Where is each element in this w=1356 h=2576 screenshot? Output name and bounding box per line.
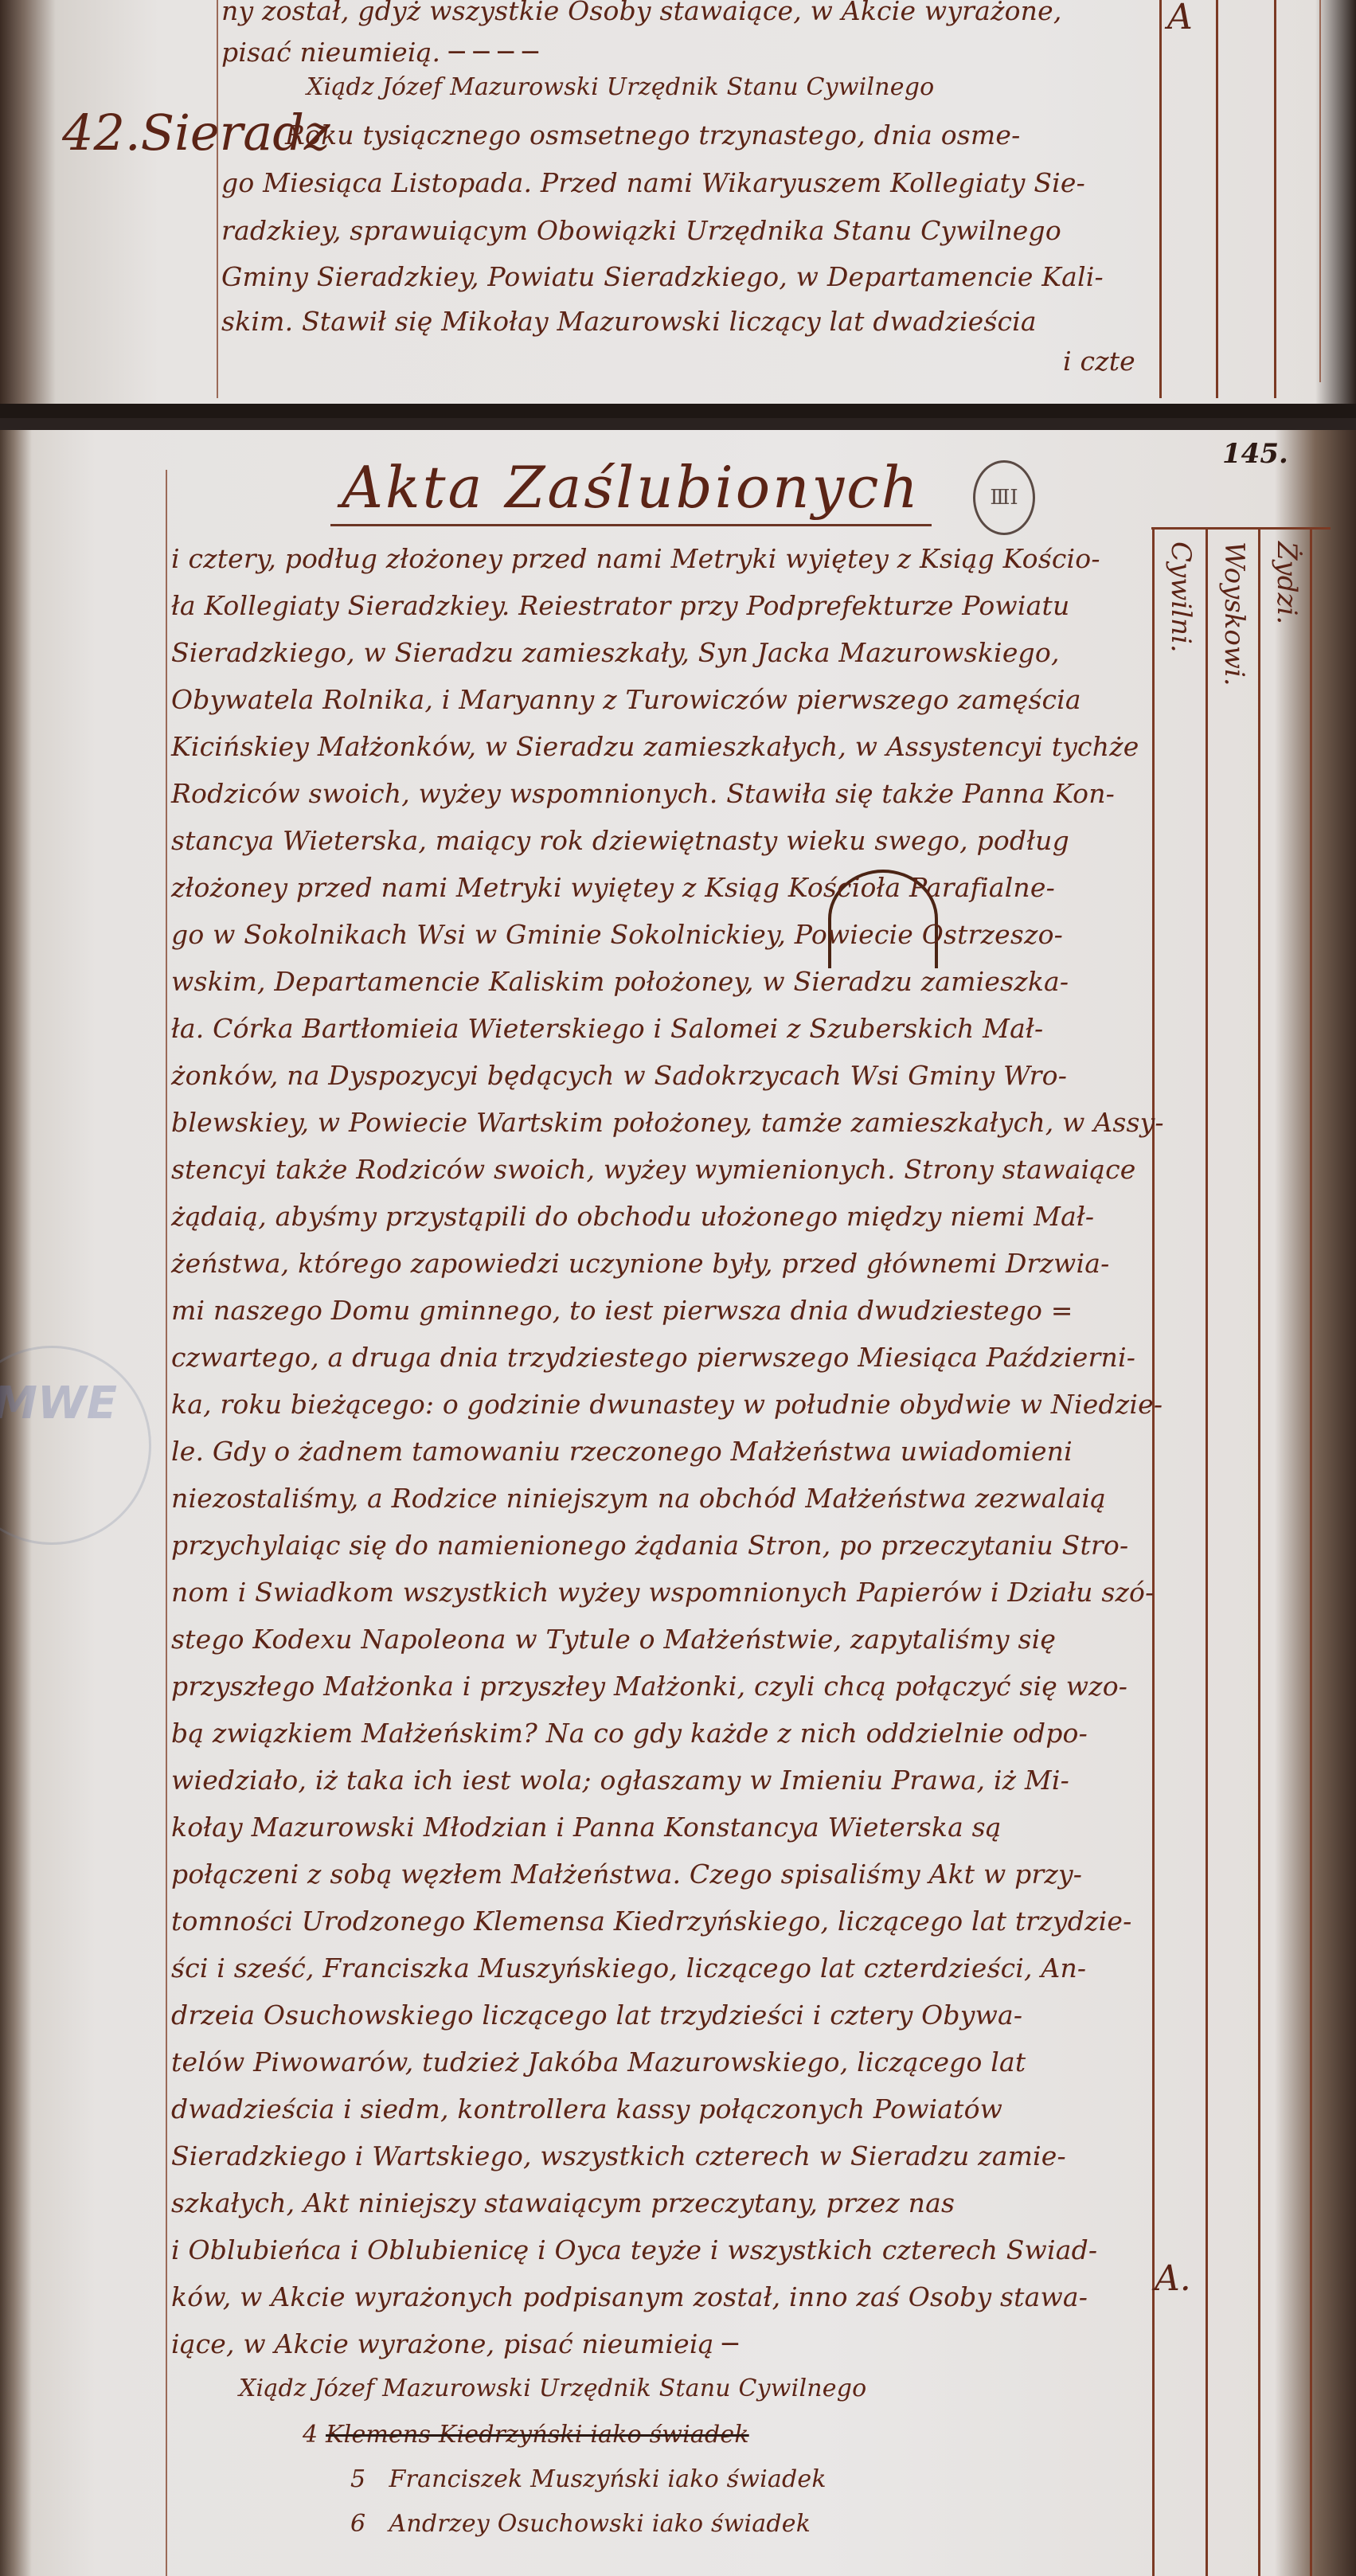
register-page: MWE Cywilni. Woyskowi. Żydzi. 145. Akta … xyxy=(0,430,1356,2576)
text-line: i Oblubieńca i Oblubienicę i Oyca teyże … xyxy=(171,2234,1097,2265)
text-line: Gminy Sieradzkiey, Powiatu Sieradzkiego,… xyxy=(221,261,1104,292)
text-line: go w Sokolnikach Wsi w Gminie Sokolnicki… xyxy=(171,919,1063,950)
text-line: drzeia Osuchowskiego liczącego lat trzyd… xyxy=(171,1999,1022,2031)
text-line: ści i sześć, Franciszka Muszyńskiego, li… xyxy=(171,1953,1086,1984)
text-line: ków, w Akcie wyrażonych podpisanym zosta… xyxy=(171,2281,1088,2312)
margin-rule xyxy=(166,470,167,2576)
column-rule xyxy=(1310,530,1312,2576)
text-line: stancya Wieterska, maiący rok dziewiętna… xyxy=(171,825,1069,856)
text-line: czwartego, a druga dnia trzydziestego pi… xyxy=(171,1342,1135,1373)
column-rule xyxy=(1216,0,1218,398)
witness-name: Klemens Kiedrzyński iako świadek xyxy=(326,2421,749,2449)
text-line: szkałych, Akt niniejszy stawaiącym przec… xyxy=(171,2187,955,2218)
witness-number: 5 xyxy=(350,2465,365,2493)
text-line: przyszłego Małżonka i przyszłey Małżonki… xyxy=(171,1671,1127,1702)
text-line: skim. Stawił się Mikołay Mazurowski licz… xyxy=(221,306,1037,337)
text-line: blewskiey, w Powiecie Wartskim położoney… xyxy=(171,1107,1164,1138)
text-line: ła. Córka Bartłomieia Wieterskiego i Sal… xyxy=(171,1013,1043,1044)
text-line: Rodziców swoich, wyżey wspomnionych. Sta… xyxy=(171,778,1115,809)
text-line: wiedziało, iż taka ich iest wola; ogłasz… xyxy=(171,1765,1069,1796)
signature-officiant: Xiądz Józef Mazurowski Urzędnik Stanu Cy… xyxy=(307,73,934,101)
text-line: dwadzieścia i siedm, kontrollera kassy p… xyxy=(171,2093,1002,2125)
entry-number: 42. xyxy=(62,104,141,162)
column-header-rule xyxy=(1151,527,1331,530)
text-line: go Miesiąca Listopada. Przed nami Wikary… xyxy=(221,167,1085,198)
signature-officiant: Xiądz Józef Mazurowski Urzędnik Stanu Cy… xyxy=(239,2375,866,2402)
text-line: ła Kollegiaty Sieradzkiey. Reiestrator p… xyxy=(171,590,1069,621)
text-line: tomności Urodzonego Klemensa Kiedrzyński… xyxy=(171,1906,1131,1937)
text-line: ka, roku bieżącego: o godzinie dwunastey… xyxy=(171,1389,1163,1420)
stamp-label: ⅢⅠ xyxy=(990,486,1018,510)
text-line: stencyi także Rodziców swoich, wyżey wym… xyxy=(171,1154,1136,1185)
witness-signature-struck: 4 Klemens Kiedrzyński iako świadek xyxy=(303,2421,749,2449)
text-line: połączeni z sobą węzłem Małżeństwa. Czeg… xyxy=(171,1859,1082,1890)
text-line: Roku tysiącznego osmsetnego trzynastego,… xyxy=(285,119,1021,150)
column-header-civilians: Cywilni. xyxy=(1165,541,1197,653)
text-line: kołay Mazurowski Młodzian i Panna Konsta… xyxy=(171,1812,1002,1843)
column-rule xyxy=(1206,530,1208,2576)
text-line: stego Kodexu Napoleona w Tytule o Małżeń… xyxy=(171,1624,1056,1655)
column-rule xyxy=(1319,0,1321,382)
text-line: pisać nieumieią. ─ ─ ─ ─ xyxy=(221,37,538,68)
witness-signature: 5 Franciszek Muszyński iako świadek xyxy=(350,2465,826,2493)
text-line: mi naszego Domu gminnego, to iest pierws… xyxy=(171,1295,1073,1326)
text-line: radzkiey, sprawuiącym Obowiązki Urzędnik… xyxy=(221,215,1061,246)
witness-name: Franciszek Muszyński iako świadek xyxy=(389,2465,826,2493)
archive-watermark: MWE xyxy=(0,1346,151,1545)
witness-number: 6 xyxy=(350,2510,365,2538)
text-line: złożoney przed nami Metryki wyiętey z Ks… xyxy=(171,872,1055,903)
column-rule xyxy=(1258,530,1260,2576)
margin-rule xyxy=(217,0,218,398)
text-line: telów Piwowarów, tudzież Jakóba Mazurows… xyxy=(171,2046,1026,2078)
text-line: iące, w Akcie wyrażone, pisać nieumieią … xyxy=(171,2328,738,2359)
margin-mark: A xyxy=(1167,0,1193,37)
section-title: Akta Zaślubionych xyxy=(330,454,932,526)
text-line: i cztery, podług złożoney przed nami Met… xyxy=(171,543,1100,574)
text-line: nom i Swiadkom wszystkich wyżey wspomnio… xyxy=(171,1577,1154,1608)
text-line: żonków, na Dyspozycyi będących w Sadokrz… xyxy=(171,1060,1067,1091)
text-line: niezostaliśmy, a Rodzice niniejszym na o… xyxy=(171,1483,1106,1514)
text-line: Kicińskiey Małżonków, w Sieradzu zamiesz… xyxy=(171,731,1139,762)
text-line: Sieradzkiego, w Sieradzu zamieszkały, Sy… xyxy=(171,637,1060,668)
text-line: ny został, gdyż wszystkie Osoby stawaiąc… xyxy=(221,0,1062,26)
text-line: przychylaiąc się do namienionego żądania… xyxy=(171,1530,1128,1561)
witness-signature: 6 Andrzey Osuchowski iako świadek xyxy=(350,2510,811,2538)
previous-page-fragment: ny został, gdyż wszystkie Osoby stawaiąc… xyxy=(0,0,1356,418)
witness-number: 4 xyxy=(303,2421,318,2449)
column-header-jews: Żydzi. xyxy=(1271,541,1303,624)
text-line: Sieradzkiego i Wartskiego, wszystkich cz… xyxy=(171,2140,1066,2171)
column-rule xyxy=(1274,0,1276,398)
column-rule xyxy=(1159,0,1162,398)
text-line: bą związkiem Małżeńskim? Na co gdy każde… xyxy=(171,1718,1088,1749)
text-line: żądaią, abyśmy przystąpili do obchodu uł… xyxy=(171,1201,1094,1232)
page-number: 145. xyxy=(1222,438,1288,470)
text-line: Obywatela Rolnika, i Maryanny z Turowicz… xyxy=(171,684,1081,715)
margin-mark: A. xyxy=(1155,2258,1191,2299)
text-line-continued: i czte xyxy=(1063,346,1135,377)
witness-name: Andrzey Osuchowski iako świadek xyxy=(389,2510,811,2538)
text-line: le. Gdy o żadnem tamowaniu rzeczonego Ma… xyxy=(171,1436,1073,1467)
column-header-military: Woyskowi. xyxy=(1218,541,1250,686)
text-line: wskim, Departamencie Kaliskim położoney,… xyxy=(171,966,1069,997)
stamp-icon: ⅢⅠ xyxy=(973,460,1035,535)
text-line: żeństwa, którego zapowiedzi uczynione by… xyxy=(171,1248,1109,1279)
